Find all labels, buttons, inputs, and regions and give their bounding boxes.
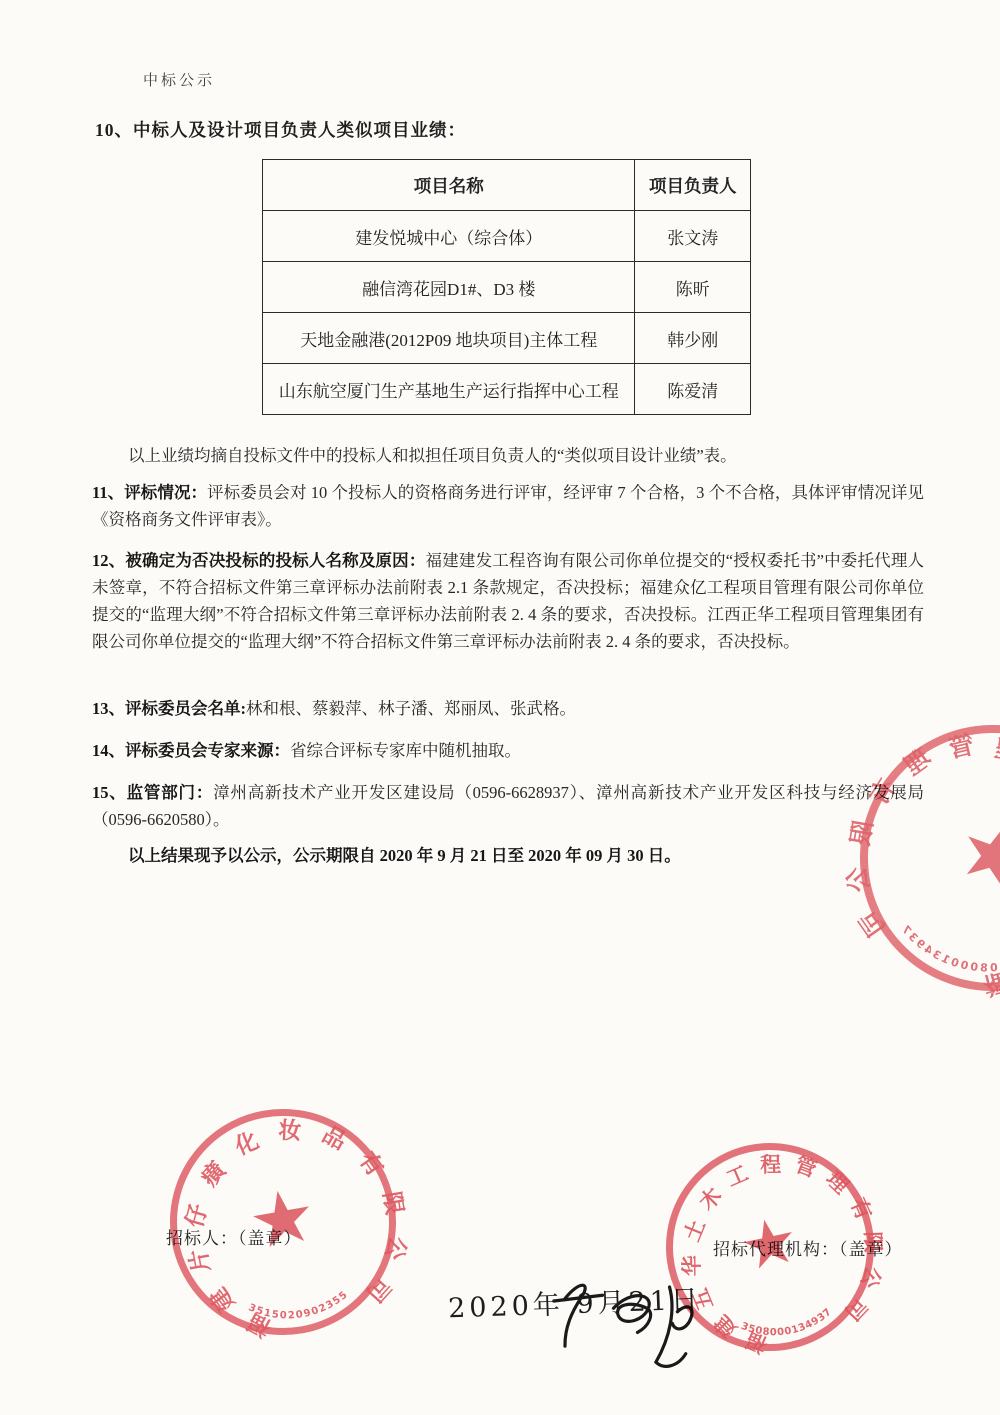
- seal-company-char: 管: [947, 733, 977, 763]
- cell-project-leader: 张文涛: [635, 211, 751, 262]
- paragraph-11-label: 11、评标情况：: [92, 483, 207, 502]
- seal-number-digit: 0: [990, 962, 998, 973]
- cell-project-name: 建发悦城中心（综合体）: [263, 211, 635, 262]
- paragraph-12-label: 12、被确定为否决投标的投标人名称及原因：: [92, 551, 426, 570]
- seal-company-char: 公: [844, 864, 874, 894]
- closing-statement: 以上结果现予以公示，公示期限自 2020 年 9 月 21 日至 2020 年 …: [128, 842, 928, 869]
- paragraph-14-label: 14、评标委员会专家来源：: [92, 741, 290, 760]
- seal-company-char: 华: [682, 1255, 703, 1276]
- seal-number-digit: 8: [762, 1328, 770, 1338]
- seal-company-char: 限: [848, 819, 877, 848]
- section-10-heading: 10、中标人及设计项目负责人类似项目业绩：: [95, 117, 466, 142]
- bidder-company-seal: ★福建片仔癀化妆品有限公司3515020902355: [152, 1091, 414, 1353]
- scanned-document-page: 中标公示 10、中标人及设计项目负责人类似项目业绩： 项目名称 项目负责人 建发…: [0, 0, 1000, 1415]
- seal-star-icon: ★: [243, 1177, 321, 1261]
- cell-project-leader: 陈爱清: [635, 364, 751, 415]
- paragraph-15-text: 漳州高新技术产业开发区建设局（0596-6628937）、漳州高新技术产业开发区…: [92, 783, 924, 829]
- seal-company-char: 限: [380, 1190, 407, 1217]
- col-header-project-name: 项目名称: [263, 160, 635, 211]
- paragraph-14: 14、评标委员会专家来源：省综合评标专家库中随机抽取。: [92, 737, 924, 764]
- seal-number-digit: 2: [288, 1311, 296, 1322]
- col-header-project-leader: 项目负责人: [635, 160, 751, 211]
- note-paragraph: 以上业绩均摘自投标文件中的投标人和拟担任项目负责人的“类似项目设计业绩”表。: [128, 442, 924, 469]
- table-row: 融信湾花园D1#、D3 楼 陈昕: [263, 262, 751, 313]
- cell-project-leader: 陈昕: [635, 262, 751, 313]
- table-row: 建发悦城中心（综合体） 张文涛: [263, 211, 751, 262]
- seal-company-char: 片: [187, 1247, 214, 1274]
- cell-project-name: 天地金融港(2012P09 地块项目)主体工程: [263, 313, 635, 364]
- paragraph-11-text: 评标委员会对 10 个投标人的资格商务进行评审，经评审 7 个合格，3 个不合格…: [92, 483, 924, 529]
- cell-project-leader: 韩少刚: [635, 313, 751, 364]
- table-row: 天地金融港(2012P09 地块项目)主体工程 韩少刚: [263, 313, 751, 364]
- cell-project-name: 融信湾花园D1#、D3 楼: [263, 262, 635, 313]
- table-header-row: 项目名称 项目负责人: [263, 160, 751, 211]
- paragraph-13: 13、评标委员会名单:林和根、蔡毅萍、林子潘、郑丽凤、张武格。: [92, 695, 924, 722]
- seal-company-char: 限: [861, 1231, 883, 1253]
- seal-company-char: 程: [760, 1155, 781, 1176]
- paragraph-15: 15、监管部门：漳州高新技术产业开发区建设局（0596-6628937）、漳州高…: [92, 779, 924, 833]
- similar-projects-table: 项目名称 项目负责人 建发悦城中心（综合体） 张文涛 融信湾花园D1#、D3 楼…: [262, 159, 751, 415]
- paragraph-13-text: 林和根、蔡毅萍、林子潘、郑丽凤、张武格。: [246, 699, 576, 718]
- paragraph-12: 12、被确定为否决投标的投标人名称及原因：福建建发工程咨询有限公司你单位提交的“…: [92, 547, 924, 655]
- paragraph-11: 11、评标情况：评标委员会对 10 个投标人的资格商务进行评审，经评审 7 个合…: [92, 479, 924, 533]
- seal-number-digit: 5: [271, 1310, 279, 1321]
- paragraph-14-text: 省综合评标专家库中随机抽取。: [290, 741, 521, 760]
- doc-header: 中标公示: [143, 69, 215, 90]
- seal-number-digit: 8: [980, 962, 988, 974]
- paragraph-13-label: 13、评标委员会名单:: [92, 699, 246, 718]
- seal-number-digit: 0: [280, 1311, 287, 1321]
- table-row: 山东航空厦门生产基地生产运行指挥中心工程 陈爱清: [263, 364, 751, 415]
- cell-project-name: 山东航空厦门生产基地生产运行指挥中心工程: [263, 364, 635, 415]
- paragraph-15-label: 15、监管部门：: [92, 783, 213, 802]
- seal-company-char: 妆: [278, 1119, 302, 1143]
